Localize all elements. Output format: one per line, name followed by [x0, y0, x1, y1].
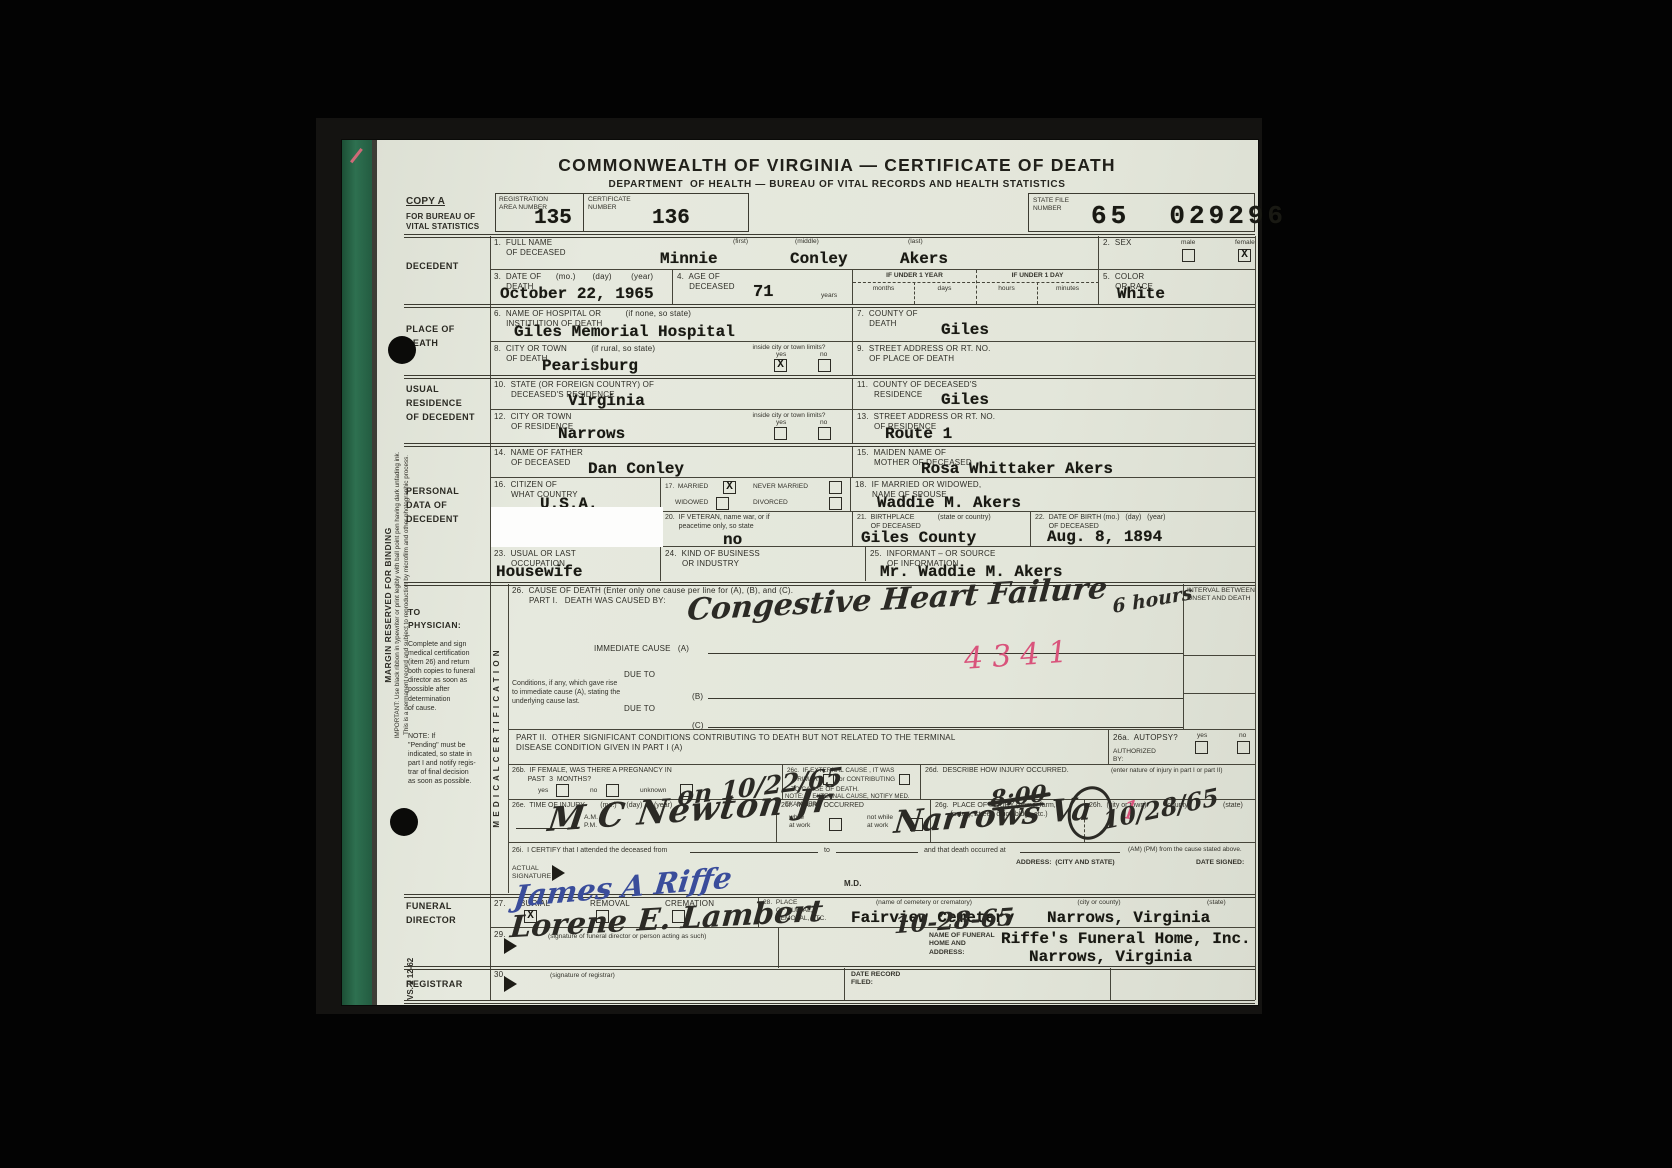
sidebar-to-physician: TO PHYSICIAN: [408, 606, 461, 632]
occurred-at-blank [1020, 843, 1120, 853]
certify-to-blank [836, 843, 918, 853]
last-hint: (last) [908, 238, 923, 246]
margin-binding-note: MARGIN RESERVED FOR BINDING [383, 470, 393, 740]
date-filed-label: DATE RECORD FILED: [851, 971, 900, 988]
field-color-race: 5. COLOR OR RACE White [1098, 270, 1255, 304]
state-file-value: 65 029296 [1091, 201, 1287, 231]
field-date-of-death: 3. DATE OF (mo.) (day) (year) DEATH Octo… [490, 270, 672, 304]
medical-certification-vertical-label: M E D I C A L C E R T I F I C A T I O N [492, 584, 508, 893]
autopsy-label: 26a. AUTOPSY? [1113, 733, 1178, 743]
male-label: male [1181, 239, 1195, 247]
rule-1 [404, 234, 1255, 238]
registration-area-box: REGISTRATION AREA NUMBER 135 [495, 193, 584, 232]
hours-label: hours [976, 285, 1037, 293]
pregnancy-label: 26b. IF FEMALE, WAS THERE A PREGNANCY IN… [512, 767, 672, 785]
limits-question-1: inside city or town limits? [728, 344, 850, 352]
business-label: 24. KIND OF BUSINESS OR INDUSTRY [665, 549, 760, 569]
age-value: 71 [753, 283, 773, 302]
sidebar-funeral-director: FUNERAL DIRECTOR [406, 900, 456, 928]
divorced-checkbox [829, 497, 842, 510]
field-city-residence: 12. CITY OR TOWN OF RESIDENCE Narrows in… [490, 410, 852, 443]
interval-line-1 [1184, 655, 1256, 656]
autopsy-yes-label: yes [1197, 732, 1207, 740]
middle-hint: (middle) [795, 238, 819, 246]
field-veteran: 20. IF VETERAN, name war, or if peacetim… [660, 512, 852, 546]
veteran-label: 20. IF VETERAN, name war, or if peacetim… [665, 514, 770, 532]
row-part2: PART II. OTHER SIGNIFICANT CONDITIONS CO… [508, 730, 1255, 765]
dashed-col-2 [976, 270, 977, 304]
certificate-number-label: CERTIFICATE NUMBER [588, 196, 631, 212]
field-age: 4. AGE OF DECEASED 71 years [672, 270, 852, 304]
field-hospital: 6. NAME OF HOSPITAL OR (if none, so stat… [490, 307, 852, 341]
medical-strip-border [508, 584, 509, 893]
contributing-checkbox [899, 774, 910, 785]
certificate-number-box: CERTIFICATE NUMBER 136 [584, 193, 749, 232]
field-funeral-home: NAME OF FUNERAL HOME AND ADDRESS: Riffe'… [778, 928, 1255, 968]
certificate-paper: MARGIN RESERVED FOR BINDING IMPORTANT: U… [342, 140, 1258, 1005]
line-c [708, 727, 1183, 728]
punch-hole-bottom [390, 808, 418, 836]
form-left-border [490, 236, 491, 1000]
how-injury-hint: (enter nature of injury in part I or par… [1111, 767, 1223, 775]
limits-no-label-2: no [820, 419, 827, 427]
middle-name-value: Conley [790, 250, 848, 268]
part2-label: PART II. OTHER SIGNIFICANT CONDITIONS CO… [516, 733, 956, 753]
not-while-at-work-label: not while at work [867, 814, 893, 830]
limits-yes-checkbox-1: X [774, 359, 787, 372]
row-city-residence: 12. CITY OR TOWN OF RESIDENCE Narrows in… [490, 410, 1255, 443]
mother-value: Rosa Whittaker Akers [921, 460, 1113, 478]
md-label: M.D. [844, 879, 862, 889]
limits-no-label-1: no [820, 351, 827, 359]
date-of-birth-value: Aug. 8, 1894 [1047, 528, 1162, 546]
due-to-label-1: DUE TO [624, 670, 655, 680]
certify-to-label: to [824, 847, 830, 856]
authorized-by-label: AUTHORIZED BY: [1113, 748, 1156, 764]
field-county-residence: 11. COUNTY OF DECEASED'S RESIDENCE Giles [852, 378, 1255, 409]
color-race-value: White [1117, 285, 1165, 303]
redaction-box [491, 507, 663, 547]
autopsy-no-checkbox [1237, 741, 1250, 754]
ampm-note: (AM) (PM) from the cause stated above. [1128, 846, 1250, 854]
field-empty-end [1110, 968, 1255, 1000]
address-label: ADDRESS: (CITY AND STATE) [1016, 859, 1115, 867]
field-mother: 15. MAIDEN NAME OF MOTHER OF DECEASED Ro… [852, 446, 1255, 477]
screenshot-root: { "header": { "title": "COMMONWEALTH OF … [0, 0, 1672, 1168]
certificate-number-value: 136 [652, 207, 690, 230]
row-parents: 14. NAME OF FATHER OF DECEASED Dan Conle… [490, 446, 1255, 478]
field-interval: INTERVAL BETWEEN ONSET AND DEATH [1183, 584, 1255, 729]
female-checkbox: X [1238, 249, 1251, 262]
row-hospital: 6. NAME OF HOSPITAL OR (if none, so stat… [490, 307, 1255, 342]
age-label: 4. AGE OF DECEASED [677, 272, 735, 292]
due-to-label-2: DUE TO [624, 704, 655, 714]
spouse-value: Waddie M. Akers [877, 494, 1021, 512]
field-father: 14. NAME OF FATHER OF DECEASED Dan Conle… [490, 446, 852, 477]
male-checkbox [1182, 249, 1195, 262]
funeral-home-name: Riffe's Funeral Home, Inc. [1001, 930, 1251, 948]
divorced-label: DIVORCED [753, 499, 788, 507]
field-business: 24. KIND OF BUSINESS OR INDUSTRY [660, 547, 865, 581]
dashed-col-3 [1037, 282, 1038, 304]
certify-from-blank [690, 843, 818, 853]
date-of-death-value: October 22, 1965 [500, 285, 654, 303]
limits-no-checkbox-2 [818, 427, 831, 440]
page-title: COMMONWEALTH OF VIRGINIA — CERTIFICATE O… [427, 155, 1247, 177]
field-if-under-1-year: IF UNDER 1 YEAR IF UNDER 1 DAY months da… [852, 270, 1098, 304]
sidebar-physician-body: Complete and sign medical certification … [408, 640, 475, 713]
father-label: 14. NAME OF FATHER OF DECEASED [494, 448, 583, 468]
binding-strip [342, 140, 372, 1005]
binding-edge [372, 140, 377, 1005]
occurred-label: and that death occurred at [924, 847, 1006, 856]
b-label: (B) [692, 692, 703, 702]
field-city-of-death: 8. CITY OR TOWN (if rural, so state) OF … [490, 342, 852, 375]
line-a [708, 653, 1183, 654]
interval-label: INTERVAL BETWEEN ONSET AND DEATH [1187, 587, 1255, 604]
field-date-filed: DATE RECORD FILED: [844, 968, 1110, 1000]
never-married-checkbox [829, 481, 842, 494]
age-years-hint: years [821, 292, 837, 300]
field-county-of-death: 7. COUNTY OF DEATH Giles [852, 307, 1255, 341]
rule-8 [404, 1000, 1255, 1004]
burial-state-hint: (state) [1207, 899, 1226, 907]
autopsy-yes-checkbox [1195, 741, 1208, 754]
row-city-of-death: 8. CITY OR TOWN (if rural, so state) OF … [490, 342, 1255, 375]
city-residence-value: Narrows [558, 425, 625, 443]
hospital-value: Giles Memorial Hospital [514, 323, 735, 341]
punch-hole-top [388, 336, 416, 364]
field-birthplace: 21. BIRTHPLACE (state or country) OF DEC… [852, 512, 1030, 546]
first-hint: (first) [733, 238, 748, 246]
state-file-label: STATE FILE NUMBER [1033, 197, 1069, 213]
certify-label: 26i. I CERTIFY that I attended the decea… [512, 847, 667, 856]
immediate-cause-label: IMMEDIATE CAUSE (A) [594, 644, 689, 654]
injury-state-hint: (state) [1223, 802, 1243, 811]
under-1-year-label: IF UNDER 1 YEAR [853, 272, 976, 280]
field-sex: 2. SEX male female X [1098, 236, 1255, 269]
row-occupation: 23. USUAL OR LAST OCCUPATION Housewife 2… [490, 547, 1255, 581]
rule-3 [404, 375, 1255, 379]
months-label: months [853, 285, 914, 293]
field-street-residence: 13. STREET ADDRESS OR RT. NO. OF RESIDEN… [852, 410, 1255, 443]
sidebar-usual-residence: USUAL RESIDENCE OF DECEDENT [406, 383, 475, 425]
minutes-label: minutes [1037, 285, 1098, 293]
widowed-label: WIDOWED [675, 499, 708, 507]
funeral-home-city: Narrows, Virginia [1029, 948, 1192, 966]
row-state-residence: 10. STATE (OR FOREIGN COUNTRY) OF DECEAS… [490, 378, 1255, 410]
sidebar-decedent: DECEDENT [406, 260, 459, 274]
pregnancy-yes-label: yes [538, 787, 548, 795]
state-file-box: STATE FILE NUMBER 65 029296 [1028, 193, 1255, 232]
form-right-border [1255, 236, 1256, 1000]
field-part2: PART II. OTHER SIGNIFICANT CONDITIONS CO… [508, 730, 1108, 764]
rule-7 [404, 966, 1255, 970]
last-name-value: Akers [900, 250, 948, 268]
father-value: Dan Conley [588, 460, 684, 478]
state-residence-value: Virginia [568, 392, 645, 410]
pregnancy-yes-checkbox [556, 784, 569, 797]
female-label: female [1235, 239, 1255, 247]
registrar-signature-arrow-icon [504, 976, 517, 992]
line-b [708, 698, 1183, 699]
row-date-of-death: 3. DATE OF (mo.) (day) (year) DEATH Octo… [490, 270, 1255, 304]
days-label: days [914, 285, 975, 293]
how-injury-label: 26d. DESCRIBE HOW INJURY OCCURRED. [925, 767, 1069, 776]
registration-area-value: 135 [534, 207, 572, 230]
county-of-death-value: Giles [941, 321, 989, 339]
city-of-death-value: Pearisburg [542, 357, 638, 375]
street-of-death-label: 9. STREET ADDRESS OR RT. NO. OF PLACE OF… [857, 344, 991, 364]
interval-line-2 [1184, 693, 1256, 694]
copy-bureau-label: FOR BUREAU OF VITAL STATISTICS [406, 212, 479, 232]
limits-yes-checkbox-2 [774, 427, 787, 440]
conditions-note: Conditions, if any, which gave rise to i… [512, 680, 620, 706]
limits-no-checkbox-1 [818, 359, 831, 372]
page-subtitle: DEPARTMENT OF HEALTH — BUREAU OF VITAL R… [427, 179, 1247, 192]
limits-question-2: inside city or town limits? [728, 412, 850, 420]
birthplace-value: Giles County [861, 529, 976, 547]
date-signed-label: DATE SIGNED: [1196, 859, 1244, 867]
sex-label: 2. SEX [1103, 238, 1132, 248]
under-1-day-label: IF UNDER 1 DAY [976, 272, 1099, 280]
sidebar-personal-data: PERSONAL DATA OF DECEDENT [406, 485, 459, 527]
married-label: 17. MARRIED [665, 483, 708, 491]
registrar-signature-hint: (signature of registrar) [550, 972, 615, 980]
field-occupation: 23. USUAL OR LAST OCCUPATION Housewife [490, 547, 660, 581]
field-date-of-birth: 22. DATE OF BIRTH (mo.) (day) (year) OF … [1030, 512, 1255, 546]
row-registrar: 30. (signature of registrar) DATE RECORD… [490, 968, 1255, 1000]
rule-4 [404, 443, 1255, 447]
field-spouse: 18. IF MARRIED OR WIDOWED, NAME OF SPOUS… [850, 478, 1255, 511]
rule-2 [404, 304, 1255, 308]
autopsy-no-label: no [1239, 732, 1246, 740]
margin-important-note: IMPORTANT: Use black ribbon in typewrite… [393, 405, 412, 785]
contributing-label: or CONTRIBUTING [839, 776, 895, 784]
field-street-of-death: 9. STREET ADDRESS OR RT. NO. OF PLACE OF… [852, 342, 1255, 375]
full-name-label: 1. FULL NAME OF DECEASED [494, 238, 566, 258]
item27-label: 27. [494, 899, 506, 909]
while-at-work-checkbox [829, 818, 842, 831]
field-marital-status: 17. MARRIED X NEVER MARRIED WIDOWED DIVO… [660, 478, 850, 511]
field-autopsy: 26a. AUTOPSY? yes no AUTHORIZED BY: [1108, 730, 1255, 764]
margin-important-line1: IMPORTANT: Use black ribbon in typewrite… [394, 452, 401, 739]
copy-a-label: COPY A [406, 196, 445, 209]
limits-yes-label-2: yes [776, 419, 786, 427]
sidebar-note: NOTE: If "Pending" must be indicated, so… [408, 732, 476, 787]
scan-background: MARGIN RESERVED FOR BINDING IMPORTANT: U… [316, 118, 1262, 1014]
county-resid-value: Giles [941, 391, 989, 409]
burial-city-value: Narrows, Virginia [1047, 909, 1210, 927]
dashed-col-1 [914, 282, 915, 304]
field-registrar-signature: 30. (signature of registrar) [490, 968, 844, 1000]
pregnancy-no-label: no [590, 787, 597, 795]
limits-yes-label-1: yes [776, 351, 786, 359]
county-of-death-label: 7. COUNTY OF DEATH [857, 309, 918, 329]
sidebar-registrar: REGISTRAR [406, 978, 463, 992]
married-checkbox: X [723, 481, 736, 494]
widowed-checkbox [716, 497, 729, 510]
first-name-value: Minnie [660, 250, 718, 268]
occupation-value: Housewife [496, 563, 582, 581]
field-full-name: 1. FULL NAME OF DECEASED (first) (middle… [490, 236, 1098, 269]
burial-city-hint: (city or county) [1039, 899, 1159, 907]
never-married-label: NEVER MARRIED [753, 483, 808, 491]
street-residence-value: Route 1 [885, 425, 952, 443]
field-state-residence: 10. STATE (OR FOREIGN COUNTRY) OF DECEAS… [490, 378, 852, 409]
row-full-name: 1. FULL NAME OF DECEASED (first) (middle… [490, 236, 1255, 270]
